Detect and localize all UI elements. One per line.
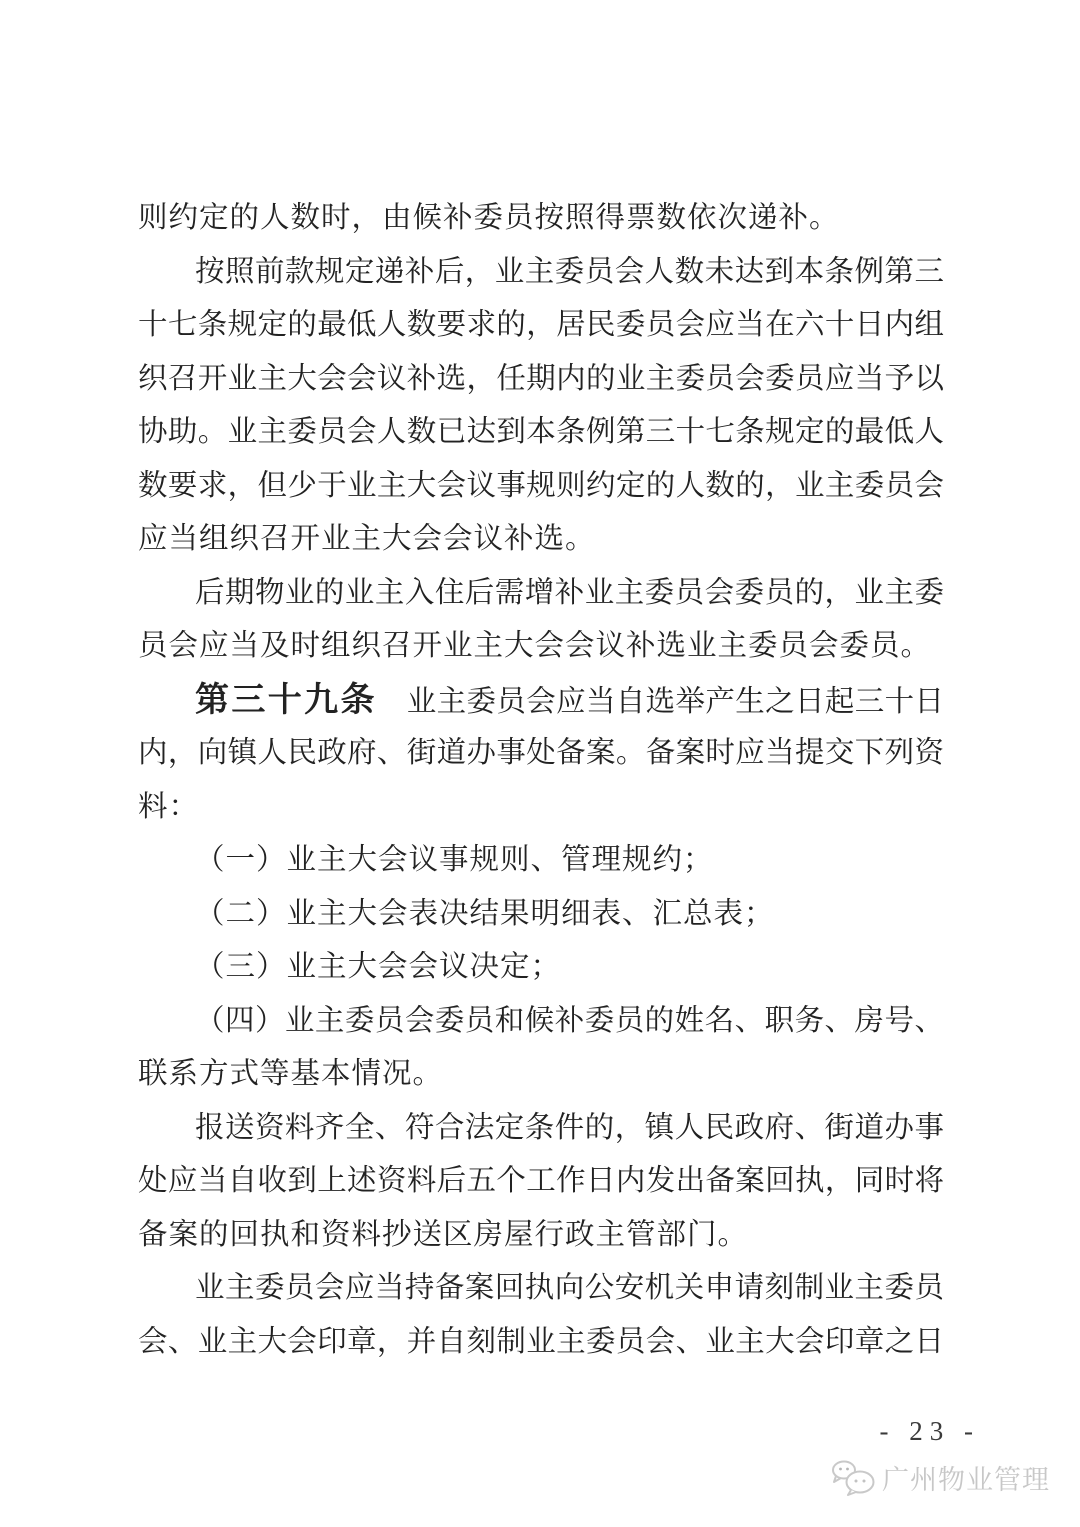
text-line: 应当组织召开业主大会会议补选。 [138, 513, 944, 567]
text-line: 织召开业主大会会议补选，任期内的业主委员会委员应当予以 [138, 353, 944, 407]
text-line: 业主委员会应当持备案回执向公安机关申请刻制业主委员 [138, 1262, 944, 1316]
document-page: 则约定的人数时，由候补委员按照得票数依次递补。 按照前款规定递补后，业主委员会人… [0, 0, 1080, 1527]
article-number: 第三十九条 [195, 681, 377, 719]
watermark-label: 广州物业管理 [882, 1458, 1050, 1497]
text-line: 数要求，但少于业主大会议事规则约定的人数的，业主委员会 [138, 460, 944, 514]
wechat-bubbles-icon [832, 1460, 876, 1496]
text-line: 第三十九条 业主委员会应当自选举产生之日起三十日 [138, 674, 944, 728]
text-line: 则约定的人数时，由候补委员按照得票数依次递补。 [138, 192, 944, 246]
text-line: 协助。业主委员会人数已达到本条例第三十七条规定的最低人 [138, 406, 944, 460]
list-item-4: （四）业主委员会委员和候补委员的姓名、职务、房号、 [138, 995, 944, 1049]
list-item-3: （三）业主大会会议决定； [138, 941, 944, 995]
text-line: 后期物业的业主入住后需增补业主委员会委员的，业主委 [138, 567, 944, 621]
text-line: 十七条规定的最低人数要求的，居民委员会应当在六十日内组 [138, 299, 944, 353]
list-item-1: （一）业主大会议事规则、管理规约； [138, 834, 944, 888]
text-line: 内，向镇人民政府、街道办事处备案。备案时应当提交下列资 [138, 727, 944, 781]
list-item-2: （二）业主大会表决结果明细表、汇总表； [138, 888, 944, 942]
text-line: 会、业主大会印章，并自刻制业主委员会、业主大会印章之日 [138, 1316, 944, 1370]
text-line: 处应当自收到上述资料后五个工作日内发出备案回执，同时将 [138, 1155, 944, 1209]
text-line: 员会应当及时组织召开业主大会会议补选业主委员会委员。 [138, 620, 944, 674]
article-text: 业主委员会应当自选举产生之日起三十日 [377, 686, 944, 718]
text-line: 联系方式等基本情况。 [138, 1048, 944, 1102]
text-line: 按照前款规定递补后，业主委员会人数未达到本条例第三 [138, 246, 944, 300]
text-line: 料： [138, 781, 944, 835]
watermark: 广州物业管理 [832, 1458, 1050, 1497]
text-line: 备案的回执和资料抄送区房屋行政主管部门。 [138, 1209, 944, 1263]
document-text-block: 则约定的人数时，由候补委员按照得票数依次递补。 按照前款规定递补后，业主委员会人… [138, 192, 944, 1369]
page-number: - 23 - [880, 1416, 980, 1447]
text-line: 报送资料齐全、符合法定条件的，镇人民政府、街道办事 [138, 1102, 944, 1156]
